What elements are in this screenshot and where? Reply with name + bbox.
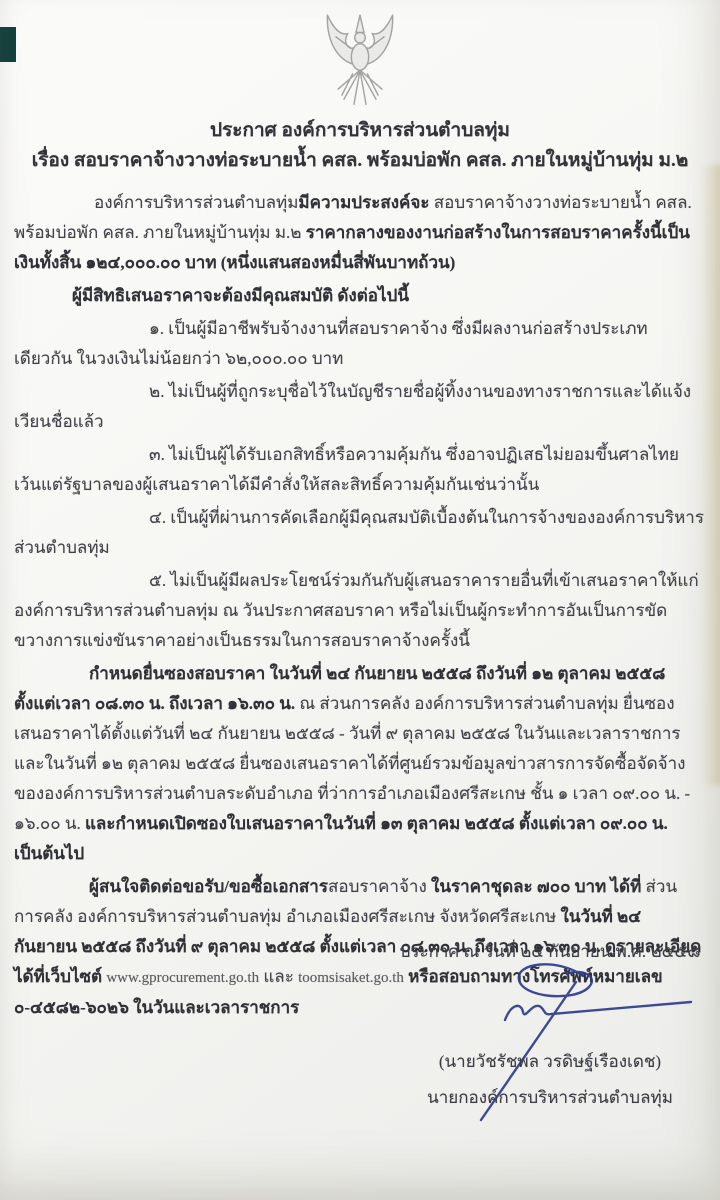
text-segment: www.gprocurement.go.th xyxy=(106,970,259,986)
text-segment: และ xyxy=(259,967,298,986)
subject-title: เรื่อง สอบราคาจ้างวางท่อระบายน้ำ คสล. พร… xyxy=(0,146,720,176)
paragraph-intro: องค์การบริหารส่วนตำบลทุ่มมีความประสงค์จะ… xyxy=(14,188,704,278)
paragraph-qualification-3: ๓. ไม่เป็นผู้ได้รับเอกสิทธิ์หรือความคุ้ม… xyxy=(14,440,704,500)
text-segment: ผู้สนใจติดต่อขอรับ/ขอซื้อเอกสาร xyxy=(89,877,328,896)
paragraph-schedule: กำหนดยื่นซองสอบราคา ในวันที่ ๒๔ กันยายน … xyxy=(14,659,704,869)
paragraph-qualification-4: ๔. เป็นผู้ที่ผ่านการคัดเลือกผู้มีคุณสมบั… xyxy=(14,503,704,563)
paragraph-qualification-header: ผู้มีสิทธิเสนอราคาจะต้องมีคุณสมบัติ ดังต… xyxy=(14,281,704,311)
signature-block: ประกาศ ณ วันที่ ๒๔ กันยายน พ.ศ. ๒๕๕๘ (นา… xyxy=(390,938,710,1188)
text-segment: ๑. เป็นผู้มีอาชีพรับจ้างงานที่สอบราคาจ้า… xyxy=(14,319,648,368)
text-segment: ๒. ไม่เป็นผู้ที่ถูกระบุชื่อไว้ในบัญชีราย… xyxy=(14,382,691,431)
paragraph-qualification-5: ๕. ไม่เป็นผู้มีผลประโยชน์ร่วมกันกับผู้เส… xyxy=(14,566,704,656)
text-segment: ๕. ไม่เป็นผู้มีผลประโยชน์ร่วมกันกับผู้เส… xyxy=(14,571,699,650)
text-segment: ณ ส่วนการคลัง องค์การบริหารส่วนตำบลทุ่ม … xyxy=(14,694,690,833)
garuda-emblem-icon xyxy=(310,6,410,119)
announce-date-line: ประกาศ ณ วันที่ ๒๔ กันยายน พ.ศ. ๒๕๕๘ xyxy=(390,938,710,966)
text-segment: toomsisaket.go.th xyxy=(298,970,404,986)
text-segment: มีความประสงค์จะ xyxy=(298,193,429,212)
paragraph-qualification-2: ๒. ไม่เป็นผู้ที่ถูกระบุชื่อไว้ในบัญชีราย… xyxy=(14,377,704,437)
signer-name: (นายวัชรัชพล วรดิษฐ์เรืองเดช) xyxy=(390,1048,710,1075)
paragraph-qualification-1: ๑. เป็นผู้มีอาชีพรับจ้างงานที่สอบราคาจ้า… xyxy=(14,314,704,374)
body-paragraphs: องค์การบริหารส่วนตำบลทุ่มมีความประสงค์จะ… xyxy=(14,188,704,1026)
scan-corner-mark xyxy=(0,27,16,62)
document-page: ประกาศ องค์การบริหารส่วนตำบลทุ่ม เรื่อง … xyxy=(0,0,720,1200)
text-segment: ๔. เป็นผู้ที่ผ่านการคัดเลือกผู้มีคุณสมบั… xyxy=(14,508,704,557)
text-segment: ๓. ไม่เป็นผู้ได้รับเอกสิทธิ์หรือความคุ้ม… xyxy=(14,445,679,494)
text-segment: ในราคาชุดละ ๗๐๐ บาท ได้ที่ xyxy=(431,877,646,896)
text-segment: องค์การบริหารส่วนตำบลทุ่ม xyxy=(94,193,298,212)
text-segment: ผู้มีสิทธิเสนอราคาจะต้องมีคุณสมบัติ ดังต… xyxy=(72,286,409,305)
document-header: ประกาศ องค์การบริหารส่วนตำบลทุ่ม เรื่อง … xyxy=(0,116,720,176)
text-segment: กำหนดยื่นซองสอบราคา xyxy=(89,664,270,683)
text-segment: สอบราคาจ้าง xyxy=(328,877,431,896)
signer-title: นายกองค์การบริหารส่วนตำบลทุ่ม xyxy=(390,1084,710,1111)
text-segment: และกำหนดเปิดซองใบเสนอราคาในวันที่ ๑๓ ตุล… xyxy=(14,814,668,863)
agency-title: ประกาศ องค์การบริหารส่วนตำบลทุ่ม xyxy=(0,116,720,146)
